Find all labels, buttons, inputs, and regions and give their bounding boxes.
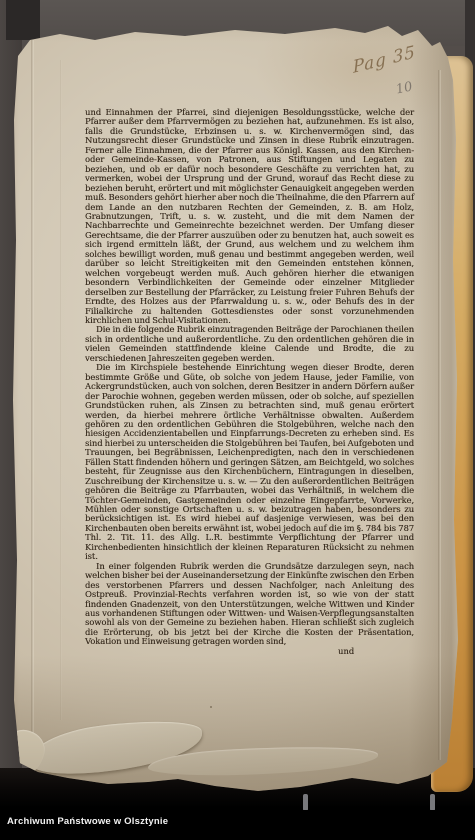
catchword: und: [85, 647, 414, 656]
fold-crease: [60, 60, 62, 720]
paragraph: In einer folgenden Rubrik werden die Gru…: [85, 562, 414, 647]
paragraph: Die im Kirchspiele bestehende Einrichtun…: [85, 363, 414, 562]
scale-tick-icon: [430, 794, 435, 811]
fold-crease: [31, 40, 34, 764]
document-page: und Einnahmen der Pfarrei, sind diejenig…: [0, 0, 475, 840]
paragraph: und Einnahmen der Pfarrei, sind diejenig…: [85, 108, 414, 325]
paper-speck: [210, 706, 212, 708]
torn-edge-flap: [26, 714, 205, 781]
paper-speck: [118, 186, 120, 188]
archive-label: Archiwum Państwowe w Olsztynie: [0, 810, 168, 827]
archive-label-bar: Archiwum Państwowe w Olsztynie: [0, 810, 475, 840]
photo-background-shadow-block: [6, 0, 40, 40]
fold-crease: [438, 70, 441, 760]
printed-text-block: und Einnahmen der Pfarrei, sind diejenig…: [85, 108, 414, 656]
archive-scan-viewport: und Einnahmen der Pfarrei, sind diejenig…: [0, 0, 475, 840]
scale-tick-icon: [303, 794, 308, 811]
torn-edge-flap: [148, 743, 379, 779]
paragraph: Die in die folgende Rubrik einzutragende…: [85, 325, 414, 363]
paper-speck: [398, 452, 401, 454]
